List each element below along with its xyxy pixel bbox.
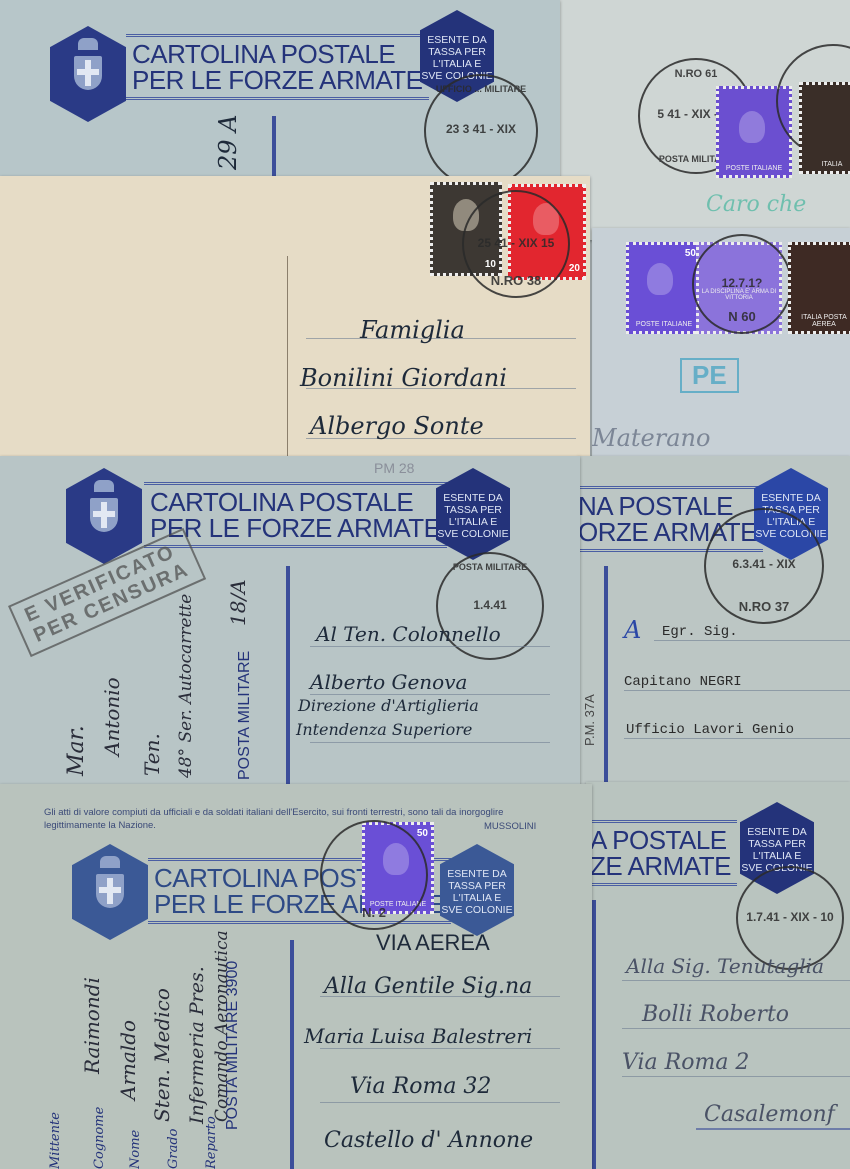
card-beige: 10 20 25 41 - XIX 15 N.RO 38 Famiglia Bo… — [0, 176, 590, 456]
postmark: 12.7.1? N 60 — [692, 234, 792, 334]
divider — [286, 566, 290, 786]
cover-mid-right: 50 POSTE ITALIANE LA DISCIPLINA E' ARMA … — [592, 228, 850, 458]
sender-value: Infermeria Pres. — [186, 966, 208, 1124]
address-line: Alla Sig. Tenutaglia — [626, 954, 824, 978]
card-bottom-left: Gli atti di valore compiuti da ufficiali… — [0, 784, 592, 1169]
portrait-icon — [647, 263, 673, 295]
card-top-left: CARTOLINA POSTALE PER LE FORZE ARMATE ES… — [0, 0, 560, 182]
stamp-violet-portrait: 50 POSTE ITALIANE — [626, 242, 702, 334]
posta-militare-label: POSTA MILITARE — [236, 651, 254, 780]
divider — [592, 900, 596, 1169]
postmark: UFFICIO ... MILITARE 23 3 41 - XIX — [424, 74, 538, 182]
pm-label: P.M. 37A — [582, 694, 597, 746]
sender-line: Mar. — [64, 725, 89, 776]
field-nome: Nome — [128, 1130, 143, 1169]
card-bottom-right: A POSTALE ZE ARMATE ESENTE DATASSA PERL'… — [586, 782, 850, 1169]
divider — [287, 256, 288, 456]
divider — [272, 116, 276, 182]
sender-value: Sten. Medico — [150, 988, 174, 1122]
card-title: CARTOLINA POSTALE PER LE FORZE ARMATE — [144, 482, 447, 548]
cover-top-right: N.RO 61 5 41 - XIX - 12 POSTA MILITARE P… — [556, 0, 850, 240]
address-line: Alla Gentile Sig.na — [324, 974, 532, 999]
stamp-pegasus: ITALIA POSTA AEREA — [788, 242, 850, 334]
field-grado: Grado — [166, 1129, 181, 1169]
sender-value: Comando Aeronautica — [212, 930, 232, 1122]
field-reparto: Reparto — [204, 1116, 219, 1169]
coat-of-arms-icon — [50, 26, 126, 122]
coat-of-arms-icon — [66, 468, 142, 564]
sender-line: Antonio — [100, 677, 124, 756]
address-line: Maria Luisa Balestreri — [304, 1024, 532, 1048]
card-middle-right: NA POSTALE ORZE ARMATE ESENTE DATASSA PE… — [578, 456, 850, 786]
handwriting: 29 A — [214, 115, 242, 171]
address-line: Bolli Roberto — [642, 1002, 789, 1027]
address-line: Direzione d'Artiglieria — [298, 696, 479, 715]
address-line: Via Roma 2 — [622, 1050, 749, 1075]
field-mittente: Mittente — [48, 1112, 63, 1169]
sender-value: Raimondi — [80, 977, 104, 1074]
address-line: Via Roma 32 — [350, 1074, 491, 1099]
sender-value: Arnaldo — [116, 1020, 140, 1100]
card-title: A POSTALE ZE ARMATE — [586, 820, 737, 886]
address-line: Albergo Sonte — [310, 412, 484, 440]
address-line: Capitano NEGRI — [624, 674, 742, 690]
portrait-icon — [739, 111, 765, 143]
divider — [604, 566, 608, 786]
coat-of-arms-icon — [72, 844, 148, 940]
handwriting: Caro che — [706, 192, 806, 217]
handwriting: Materano — [592, 424, 710, 452]
divider — [290, 940, 294, 1169]
pencil-note: PM 28 — [374, 460, 414, 476]
address-line: Famiglia — [360, 316, 465, 344]
censor-mark-pe: PE — [680, 358, 739, 393]
sender-line: 18/A — [226, 579, 250, 626]
field-cognome: Cognome — [92, 1107, 107, 1169]
postmark: 25 41 - XIX 15 N.RO 38 — [462, 190, 570, 298]
via-aerea: VIA AEREA — [376, 930, 490, 956]
address-line: Egr. Sig. — [662, 624, 738, 640]
address-line: Bonilini Giordani — [300, 364, 507, 392]
sender-line: 48° Ser. Autocarrette — [176, 594, 196, 778]
address-line: Alberto Genova — [310, 670, 467, 694]
address-line: Al Ten. Colonnello — [316, 622, 501, 646]
quote-author: MUSSOLINI — [484, 820, 536, 833]
postmark: N. 2 — [320, 820, 428, 930]
card-title: CARTOLINA POSTALE PER LE FORZE ARMATE — [126, 34, 429, 100]
quote-text: Gli atti di valore compiuti da ufficiali… — [44, 806, 544, 832]
address-prefix: A — [624, 616, 641, 644]
sender-line: Ten. — [140, 733, 164, 776]
address-line: Intendenza Superiore — [296, 720, 472, 739]
address-line: Casalemonf — [704, 1102, 835, 1127]
address-line: Ufficio Lavori Genio — [626, 722, 794, 738]
franchise-badge: ESENTE DATASSA PERL'ITALIA ESVE COLONIE — [436, 468, 510, 560]
address-line: Castello d' Annone — [324, 1128, 533, 1153]
card-middle-left: PM 28 CARTOLINA POSTALE PER LE FORZE ARM… — [0, 456, 580, 786]
stamp-airmail: ITALIA — [799, 82, 850, 174]
postmark: 6.3.41 - XIX N.RO 37 — [704, 508, 824, 624]
franchise-badge: ESENTE DATASSA PERL'ITALIA ESVE COLONIE — [440, 844, 514, 936]
